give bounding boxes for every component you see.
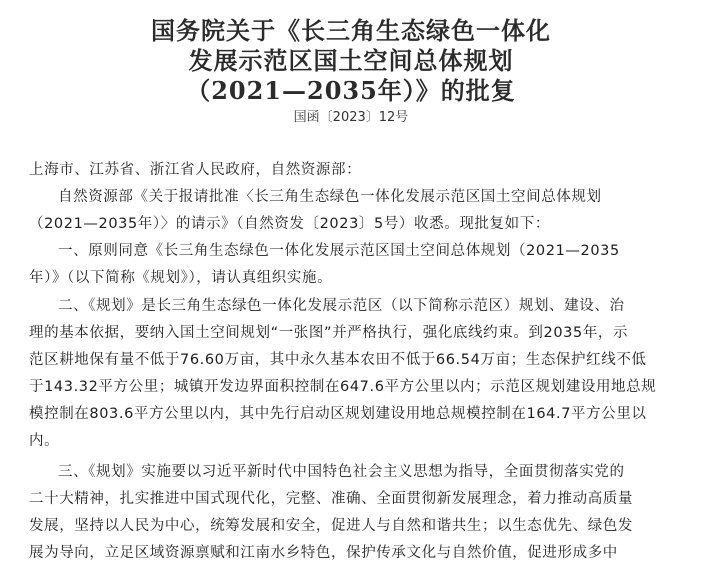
title-line-2: 发展示范区国土空间总体规划	[0, 46, 702, 76]
document-number: 国函〔2023〕12号	[0, 106, 702, 125]
paragraph-line: 自然资源部《关于报请批准〈长三角生态绿色一体化发展示范区国土空间总体规划	[58, 187, 702, 207]
paragraph-line: （2021—2035年）〉的请示》（自然资发〔2023〕5号）收悉。现批复如下：	[29, 214, 679, 234]
paragraph-line: 于143.32平方公里；城镇开发边界面积控制在647.6平方公里以内；示范区规划…	[29, 377, 679, 397]
paragraph-line: 二、《规划》是长三角生态绿色一体化发展示范区（以下简称示范区）规划、建设、治	[58, 296, 702, 316]
paragraph-line: 范区耕地保有量不低于76.60万亩，其中永久基本农田不低于66.54万亩；生态保…	[29, 350, 679, 370]
paragraph-line: 模控制在803.6平方公里以内，其中先行启动区规划建设用地总规模控制在164.7…	[29, 404, 679, 424]
paragraph-line: 发展，坚持以人民为中心，统筹发展和安全，促进人与自然和谐共生；以生态优先、绿色发	[29, 516, 679, 536]
paragraph-line: 三、《规划》实施要以习近平新时代中国特色社会主义思想为指导，全面贯彻落实党的	[58, 462, 702, 482]
salutation: 上海市、江苏省、浙江省人民政府，自然资源部：	[29, 160, 679, 180]
title-line-3: （2021—2035年）》的批复	[0, 76, 702, 106]
paragraph-line: 二十大精神，扎实推进中国式现代化，完整、准确、全面贯彻新发展理念，着力推动高质量	[29, 489, 679, 509]
paragraph-line: 内。	[29, 431, 679, 451]
paragraph-line: 一、原则同意《长三角生态绿色一体化发展示范区国土空间总体规划（2021—2035	[58, 241, 702, 261]
paragraph-line: 理的基本依据，要纳入国土空间规划“一张图”并严格执行，强化底线约束。到2035年…	[29, 323, 679, 343]
title-line-1: 国务院关于《长三角生态绿色一体化	[0, 16, 702, 46]
paragraph-line: 展为导向，立足区域资源禀赋和江南水乡特色，保护传承文化与自然价值，促进形成多中	[29, 543, 679, 563]
paragraph-line: 年）》（以下简称《规划》），请认真组织实施。	[29, 268, 679, 288]
